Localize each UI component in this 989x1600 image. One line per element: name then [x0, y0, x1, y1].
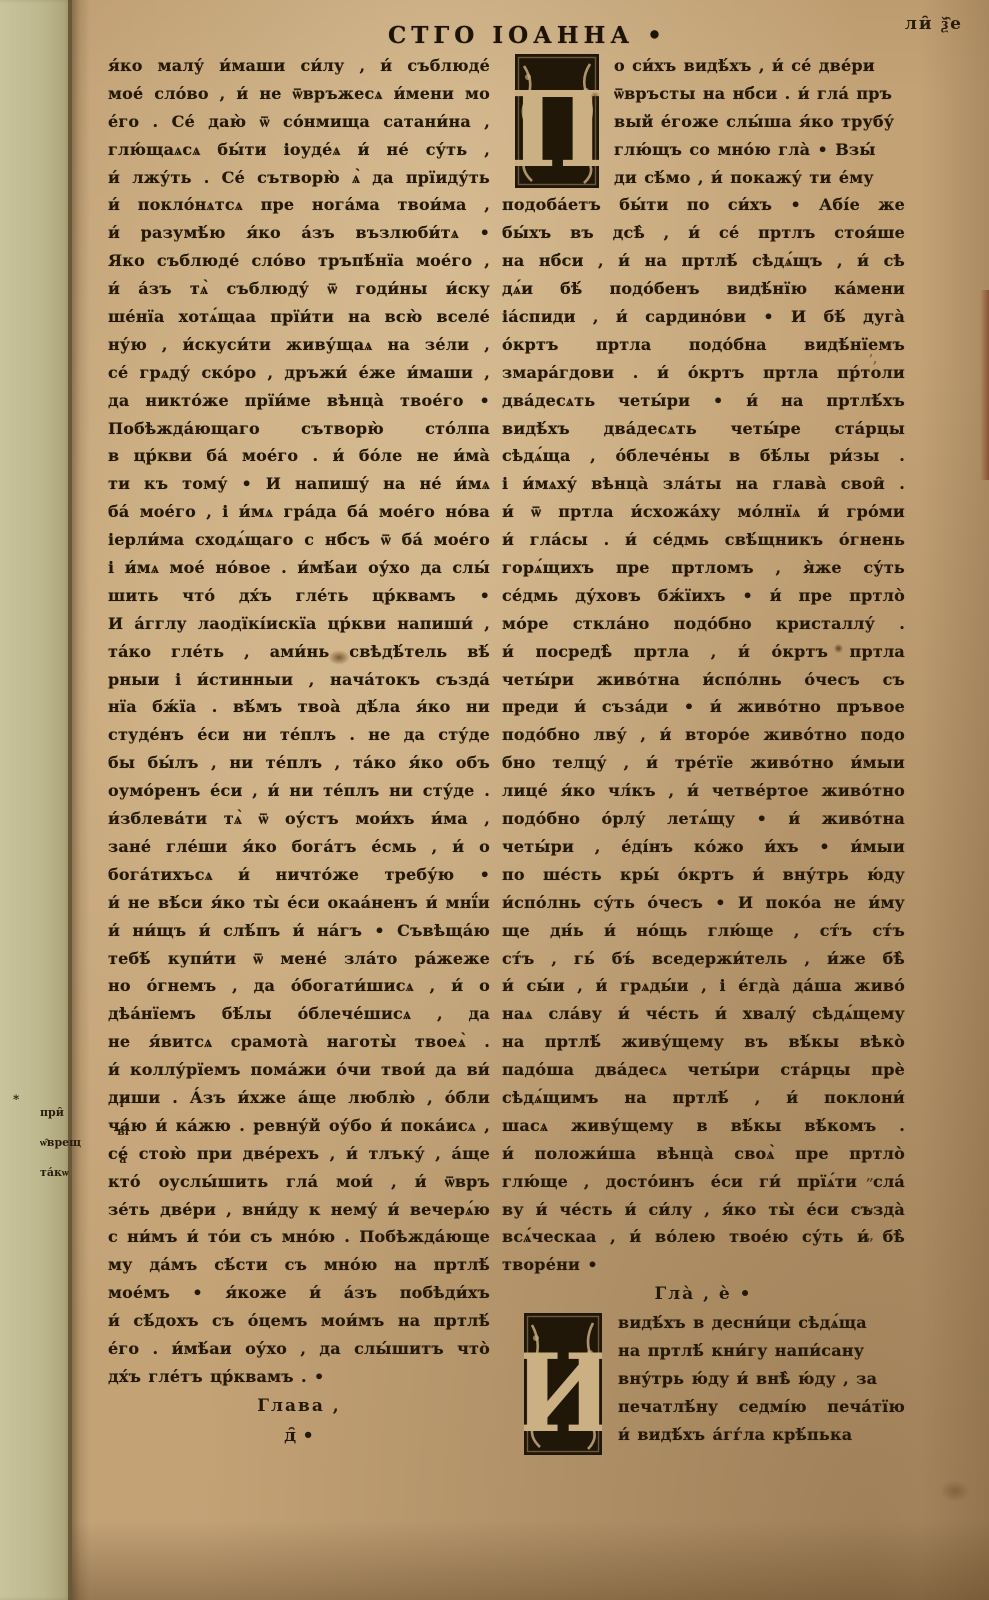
- text-line: и́ ѿ пртла и́схожа́ху мо́лнїѧ и́ гро́ми: [502, 498, 905, 526]
- margin-note-line: при̑: [40, 1098, 96, 1128]
- text-line: преди и́ съза́ди • и́ живо́тно пръвое: [502, 693, 905, 721]
- text-line: глю́щаѧсѧ бы́ти іоуде́ѧ и́ не́ су́ть ,: [108, 136, 490, 164]
- text-line: сѣдѧ́ща , о́блече́ны в бѣ́лы ри́зы .: [502, 442, 905, 470]
- text-line: мое́ сло́во , и́ не ѿвръжесѧ и́мени мо: [108, 80, 490, 108]
- text-line: кто́ оуслы́шить гла́ мои́ , и́ ѿвръ: [108, 1168, 490, 1196]
- gutter-crease-shadow: [68, 0, 90, 1600]
- text-line: на пртлѣ́ живу́щему въ вѣ́кы вѣко̀: [502, 1028, 905, 1056]
- text-line: и́ лжу́ть . Се́ сътворю̀ ѧ̀ да прїиду́ть: [108, 164, 490, 192]
- text-line: и́ не вѣ́си я́ко ты̀ е́си окаа́ненъ и́ м…: [108, 889, 490, 917]
- right-margin-mark: ’,: [869, 352, 877, 366]
- text-line: по ше́сть кры́ о́кртъ и́ вну́трь ю́ду: [502, 861, 905, 889]
- text-line: да никто́же прїи́ме вѣнца̀ твое́го •: [108, 387, 490, 415]
- text-line: печатлѣ́ну седмі́ю печа́тїю: [618, 1393, 905, 1421]
- text-line: рныи і и́стинныи , нача́токъ създа́: [108, 666, 490, 694]
- left-column-lines: я́ко малу́ и́маши си́лу , и́ съблюде́мое…: [108, 52, 490, 1391]
- text-line: студе́нъ е́си ни те́плъ . не да сту́де: [108, 721, 490, 749]
- right-margin-mark: „: [866, 1198, 874, 1214]
- margin-asterisk: ∗: [12, 1090, 20, 1104]
- left-text-column: я́ко малу́ и́маши си́лу , и́ съблюде́мое…: [108, 52, 490, 1455]
- text-line: та́ко гле́ть , ами́нь свѣдѣ́тель вѣ́: [108, 638, 490, 666]
- text-line: Побѣжда́ющаго сътворю̀ сто́лпа: [108, 415, 490, 443]
- text-line: не я́витсѧ срамота̀ наготы̀ твоеѧ̀ .: [108, 1028, 490, 1056]
- text-line: і и́мѧ мое́ но́вое . и́мѣ́аи оу́хо да сл…: [108, 554, 490, 582]
- text-line: ди сѣ́мо , и́ покажу́ ти е́му: [614, 164, 905, 192]
- margin-note-col1: при̑ѡ̑врещта́кѡ: [40, 1098, 96, 1188]
- text-line: творе́ни •: [502, 1251, 905, 1279]
- text-line: е́го . и́мѣ́аи оу́хо , да слы́шитъ что̀: [108, 1335, 490, 1363]
- text-line: и́ коллу́рїемъ пома́жи о́чи твои́ да ви́: [108, 1056, 490, 1084]
- text-line: четы́ри , е́ді́нъ ко́жо и́хъ • и́мыи: [502, 833, 905, 861]
- chapter-number-left: д̑ •: [108, 1421, 490, 1455]
- margin-note-line: та́кѡ: [40, 1158, 96, 1188]
- text-line: ще дн́ь и́ но́щь глю́ще , ст́ъ ст́ъ: [502, 917, 905, 945]
- text-line: ву и́ че́сть и́ си́лу , я́ко ты̀ е́си съ…: [502, 1196, 905, 1224]
- text-line: і и́мѧху́ вѣнца̀ зла́ты на глава̀ свои̑ …: [502, 470, 905, 498]
- text-line: четы́ри живо́тна и́спо́лнь о́чесъ съ: [502, 666, 905, 694]
- text-line: видѣ́хъ два́десѧть четы́ре ста́рцы: [502, 415, 905, 443]
- text-line: горѧ́щихъ пре пртломъ , я̀же су́ть: [502, 554, 905, 582]
- right-margin-mark: „: [866, 1228, 874, 1244]
- text-line: змара́гдови . и́ о́кртъ пртла пр́толи: [502, 359, 905, 387]
- text-line: и́зблева́ти тѧ̀ ѿ оу́стъ мои́хъ и́ма ,: [108, 805, 490, 833]
- text-line: и́ гла́сы . и́ се́дмь свѣ́щникъ о́гнень: [502, 526, 905, 554]
- text-line: и́ покло́нѧтсѧ пре нога́ма твои́ма ,: [108, 191, 490, 219]
- text-line: бога́тихъсѧ и́ ничто́же требу́ю •: [108, 861, 490, 889]
- text-line: о си́хъ видѣ́хъ , и́ се́ две́ри: [614, 52, 905, 80]
- ornate-initial-i-woodcut: И: [524, 1313, 602, 1459]
- text-line: и́ а́зъ тѧ̀ съблюду́ ѿ годи́ны и́ску: [108, 275, 490, 303]
- text-line: на пртлѣ́ кни́гу напи́сану: [618, 1337, 905, 1365]
- text-line: два́десѧть четы́ри • и́ на пртлѣ́хъ: [502, 387, 905, 415]
- text-line: на нб́си , и́ на пртлѣ́ сѣдѧ́щъ , и́ сѣ: [502, 247, 905, 275]
- text-line: ба́ мое́го , і и́мѧ гра́да ба́ мое́го но…: [108, 498, 490, 526]
- right-margin-mark: „: [866, 1168, 874, 1184]
- text-line: шить что́ дх́ъ гле́ть цр́квамъ •: [108, 582, 490, 610]
- right-column-lines: подоба́етъ бы́ти по си́хъ • Абі́е жебы́х…: [502, 191, 905, 1279]
- text-line: и́ положи́ша вѣнца̀ своѧ̀ пре пртло̀: [502, 1140, 905, 1168]
- text-line: и́ видѣ́хъ а́гѓла крѣ́пька: [618, 1421, 905, 1449]
- text-line: И а́гглу лаодїкі́искїа цр́кви напиши́ ,: [108, 610, 490, 638]
- text-line: мое́мъ • я́коже и́ а́зъ побѣди́хъ: [108, 1279, 490, 1307]
- text-line: о́кртъ пртла подо́бна видѣ́нїемъ: [502, 331, 905, 359]
- text-line: бно телцу́ , и́ тре́тїе живо́тно и́мыи: [502, 749, 905, 777]
- text-line: всѧ́ческаа , и́ во́лею твое́ю су́ть и́ б…: [502, 1223, 905, 1251]
- text-line: видѣ́хъ в десни́ци сѣдѧ́ща: [618, 1309, 905, 1337]
- text-line: и́ сы́и , и́ грѧды́и , і е́гда̀ да́ша жи…: [502, 972, 905, 1000]
- text-line: но о́гнемъ , да о́богати́шисѧ , и́ о: [108, 972, 490, 1000]
- text-line: іа́спиди , и́ сардино́ви • И бѣ́ дуга̀: [502, 303, 905, 331]
- text-line: вый е́гоже слы́ша я́ко трубу́: [614, 108, 905, 136]
- text-line: бы́хъ въ дсѣ̀ , и́ се́ пртлъ стоя́ше: [502, 219, 905, 247]
- text-line: вну́трь ю́ду и́ внѣ̀ ю́ду , за: [618, 1365, 905, 1393]
- text-line: глю́щъ со мно́ю гла̀ • Взы́: [614, 136, 905, 164]
- text-line: нїа бж́їа . вѣ́мъ твоа̀ дѣ́ла я́ко ни: [108, 693, 490, 721]
- text-line: и́спо́лнь су́ть о́чесъ • И поко́а не и́м…: [502, 889, 905, 917]
- text-line: дѧ́и бѣ́ подо́бенъ видѣ́нїю ка́мени: [502, 275, 905, 303]
- text-line: зане́ гле́ши я́ко бога́тъ е́смь , и́ о: [108, 833, 490, 861]
- initial-block-top: П о си́хъ видѣ́хъ , и́ се́ две́риѿвръсты…: [502, 52, 905, 191]
- folio-number: ли̑ ѯ̑е: [905, 14, 963, 34]
- text-line: подо́бно лву́ , и́ второ́е живо́тно подо: [502, 721, 905, 749]
- text-line: я́ко малу́ и́маши си́лу , и́ съблюде́: [108, 52, 490, 80]
- text-line: дѣа́нїемъ бѣ́лы о́блече́шисѧ , да: [108, 1000, 490, 1028]
- text-line: ну́ю , и́скуси́ти живу́щаѧ на зе́ли ,: [108, 331, 490, 359]
- chapter-heading-right: Гла̀ , ѐ •: [502, 1279, 905, 1309]
- margin-note-line: г̑: [112, 1090, 134, 1118]
- text-line: тебѣ́ купи́ти ѿ мене́ зла́то ра́жеже: [108, 945, 490, 973]
- text-line: Яко съблюде́ сло́во тръпѣ́нїа мое́го ,: [108, 247, 490, 275]
- text-line: и́ сѣ́дохъ съ о́цемъ мои́мъ на пртлѣ́: [108, 1307, 490, 1335]
- text-line: іерли́ма сходѧ́щаго с нб́съ ѿ ба́ мое́го: [108, 526, 490, 554]
- text-line: ше́нїа хотѧ́щаа прїи́ти на всю̀ вселе́: [108, 303, 490, 331]
- scanned-book-page: СТГО ІОАННА • ли̑ ѯ̑е я́ко малу́ и́маши …: [0, 0, 989, 1600]
- text-line: и́ разумѣ́ю я́ко а́зъ възлюби́тѧ •: [108, 219, 490, 247]
- running-title: СТГО ІОАННА •: [388, 22, 667, 49]
- text-line: ст́ъ , гь́ бъ́ вседержи́тель , и́же бѣ̀: [502, 945, 905, 973]
- text-line: се́ грѧду́ ско́ро , дръжи́ е́же и́маши ,: [108, 359, 490, 387]
- initial-letter-p: П: [515, 68, 599, 188]
- text-line: наѧ сла́ву и́ че́сть и́ хвалу́ сѣдѧ́щему: [502, 1000, 905, 1028]
- margin-note-line: ѡ̑врещ: [40, 1128, 96, 1158]
- chapter-heading-left: Глава ,: [108, 1391, 490, 1421]
- initial-block-bottom: И видѣ́хъ в десни́ци сѣдѧ́щана пртлѣ́ кн…: [502, 1309, 905, 1448]
- text-line: падо́ша два́десѧ четы́ри ста́рцы прѐ: [502, 1056, 905, 1084]
- text-line: и́ посредѣ̀ пртла , и́ о́кртъ пртла: [502, 638, 905, 666]
- text-line: му да́мъ сѣ́сти съ мно́ю на пртлѣ́: [108, 1251, 490, 1279]
- text-line: подо́бно о́рлу́ летѧ́щу • и́ живо́тна: [502, 805, 905, 833]
- text-line: и́ ни́щъ и́ слѣ́пъ и́ на́гъ • Съвѣща́ю: [108, 917, 490, 945]
- text-line: сѣдѧ́щимъ на пртлѣ́ , и́ поклони́: [502, 1084, 905, 1112]
- text-line: е́го . Се́ даю̀ ѿ со́нмища сатани́на ,: [108, 108, 490, 136]
- text-line: в цр́кви ба́ мое́го . и́ бо́ле не и́ма̀ …: [108, 442, 490, 470]
- text-line: с ни́мъ и́ то́и съ мно́ю . Побѣжда́юще: [108, 1223, 490, 1251]
- text-line: ти къ тому́ • И напишу́ на не́ и́мѧ: [108, 470, 490, 498]
- text-line: се́дмь ду́ховъ бж́їихъ • и́ пре пртло̀: [502, 582, 905, 610]
- text-line: зе́ть две́ри , вни́ду к нему́ и́ вечерѧ́…: [108, 1196, 490, 1224]
- margin-note-col2: г̑ві̑а̑: [112, 1090, 134, 1174]
- paper-stain: [940, 1480, 970, 1502]
- under-page-edge: [0, 0, 72, 1600]
- text-line: мо́ре сткла́но подо́бно кристаллу́ .: [502, 610, 905, 638]
- initial-letter-i: И: [524, 1331, 602, 1455]
- text-line: бы бы́лъ , ни те́плъ , та́ко я́ко объ: [108, 749, 490, 777]
- text-line: ча́ю и́ ка́жю . ревну́й оу́бо и́ пока́ис…: [108, 1112, 490, 1140]
- margin-note-line: а̑: [112, 1146, 134, 1174]
- right-text-column: П о си́хъ видѣ́хъ , и́ се́ две́риѿвръсты…: [502, 52, 905, 1449]
- ornate-initial-p-woodcut: П: [515, 54, 599, 192]
- margin-note-line: ві̑: [112, 1118, 134, 1146]
- text-line: лице́ я́ко чл́къ , и́ четве́ртое живо́тн…: [502, 777, 905, 805]
- text-line: глю́ще , досто́инъ е́си ги́ прїѧ́ти сла́: [502, 1168, 905, 1196]
- text-line: диши . А́зъ и́хже а́ще люблю̀ , о́бли: [108, 1084, 490, 1112]
- text-line: шасѧ живу́щему в вѣ́кы вѣ́комъ .: [502, 1112, 905, 1140]
- text-line: оумо́ренъ е́си , и́ ни те́плъ ни сту́де …: [108, 777, 490, 805]
- page-edge-discoloration: [980, 290, 989, 480]
- text-line: ѿвръсты на нб́си . и́ гла́ пръ: [614, 80, 905, 108]
- text-line: дх́ъ гле́тъ цр́квамъ . •: [108, 1363, 490, 1391]
- text-line: подоба́етъ бы́ти по си́хъ • Абі́е же: [502, 191, 905, 219]
- text-line: се́ стою̀ при две́рехъ , и́ тлъку́ , а́щ…: [108, 1140, 490, 1168]
